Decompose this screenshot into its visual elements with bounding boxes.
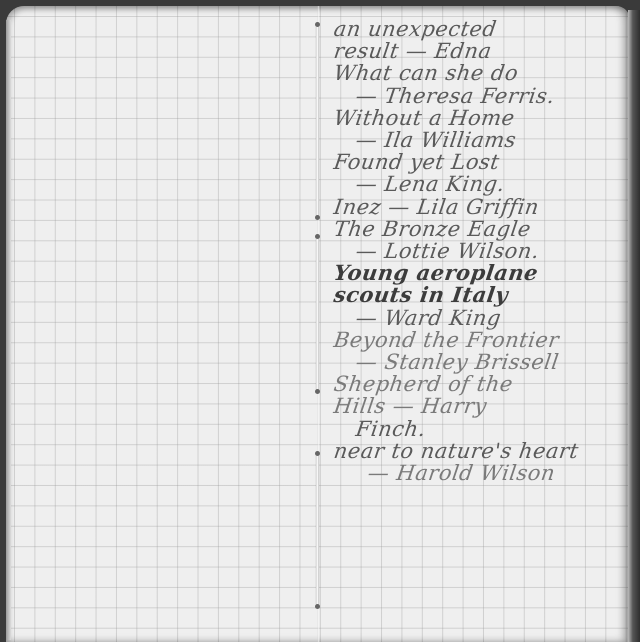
handwritten-line: near to nature's heart (332, 440, 635, 462)
binding-stitch (316, 238, 319, 390)
handwritten-line: an unexpected (332, 18, 635, 40)
handwritten-line: — Ward King (332, 307, 635, 329)
stitch-hole (315, 234, 320, 239)
handwritten-line: Hills — Harry (332, 395, 635, 417)
handwritten-line: Found yet Lost (332, 151, 635, 173)
stitch-hole (315, 604, 320, 609)
handwritten-line: Beyond the Frontier (332, 329, 635, 351)
handwritten-line: The Bronze Eagle (332, 218, 635, 240)
handwritten-line: Inez — Lila Griffin (332, 196, 635, 218)
handwritten-line: — Theresa Ferris. (332, 85, 635, 107)
stitch-hole (315, 389, 320, 394)
handwritten-line: — Ila Williams (332, 129, 635, 151)
stitch-hole (315, 451, 320, 456)
handwritten-line: Shepherd of the (332, 373, 635, 395)
stitch-hole (315, 22, 320, 27)
handwritten-line: What can she do (332, 62, 635, 84)
handwritten-book-list: an unexpected result — Edna What can she… (334, 18, 634, 484)
binding-stitch (316, 26, 319, 216)
handwritten-line: result — Edna (332, 40, 635, 62)
notebook: an unexpected result — Edna What can she… (0, 0, 640, 642)
stitch-hole (315, 215, 320, 220)
handwritten-line: scouts in Italy (332, 284, 635, 306)
handwritten-line: — Lena King. (332, 173, 635, 195)
handwritten-line: Without a Home (332, 107, 635, 129)
left-page-blank-graph-paper (10, 10, 315, 640)
handwritten-line: — Harold Wilson (332, 462, 635, 484)
binding-stitch (316, 455, 319, 605)
handwritten-line: Finch. (332, 418, 635, 440)
handwritten-line: — Stanley Brissell (332, 351, 635, 373)
handwritten-line: — Lottie Wilson. (332, 240, 635, 262)
